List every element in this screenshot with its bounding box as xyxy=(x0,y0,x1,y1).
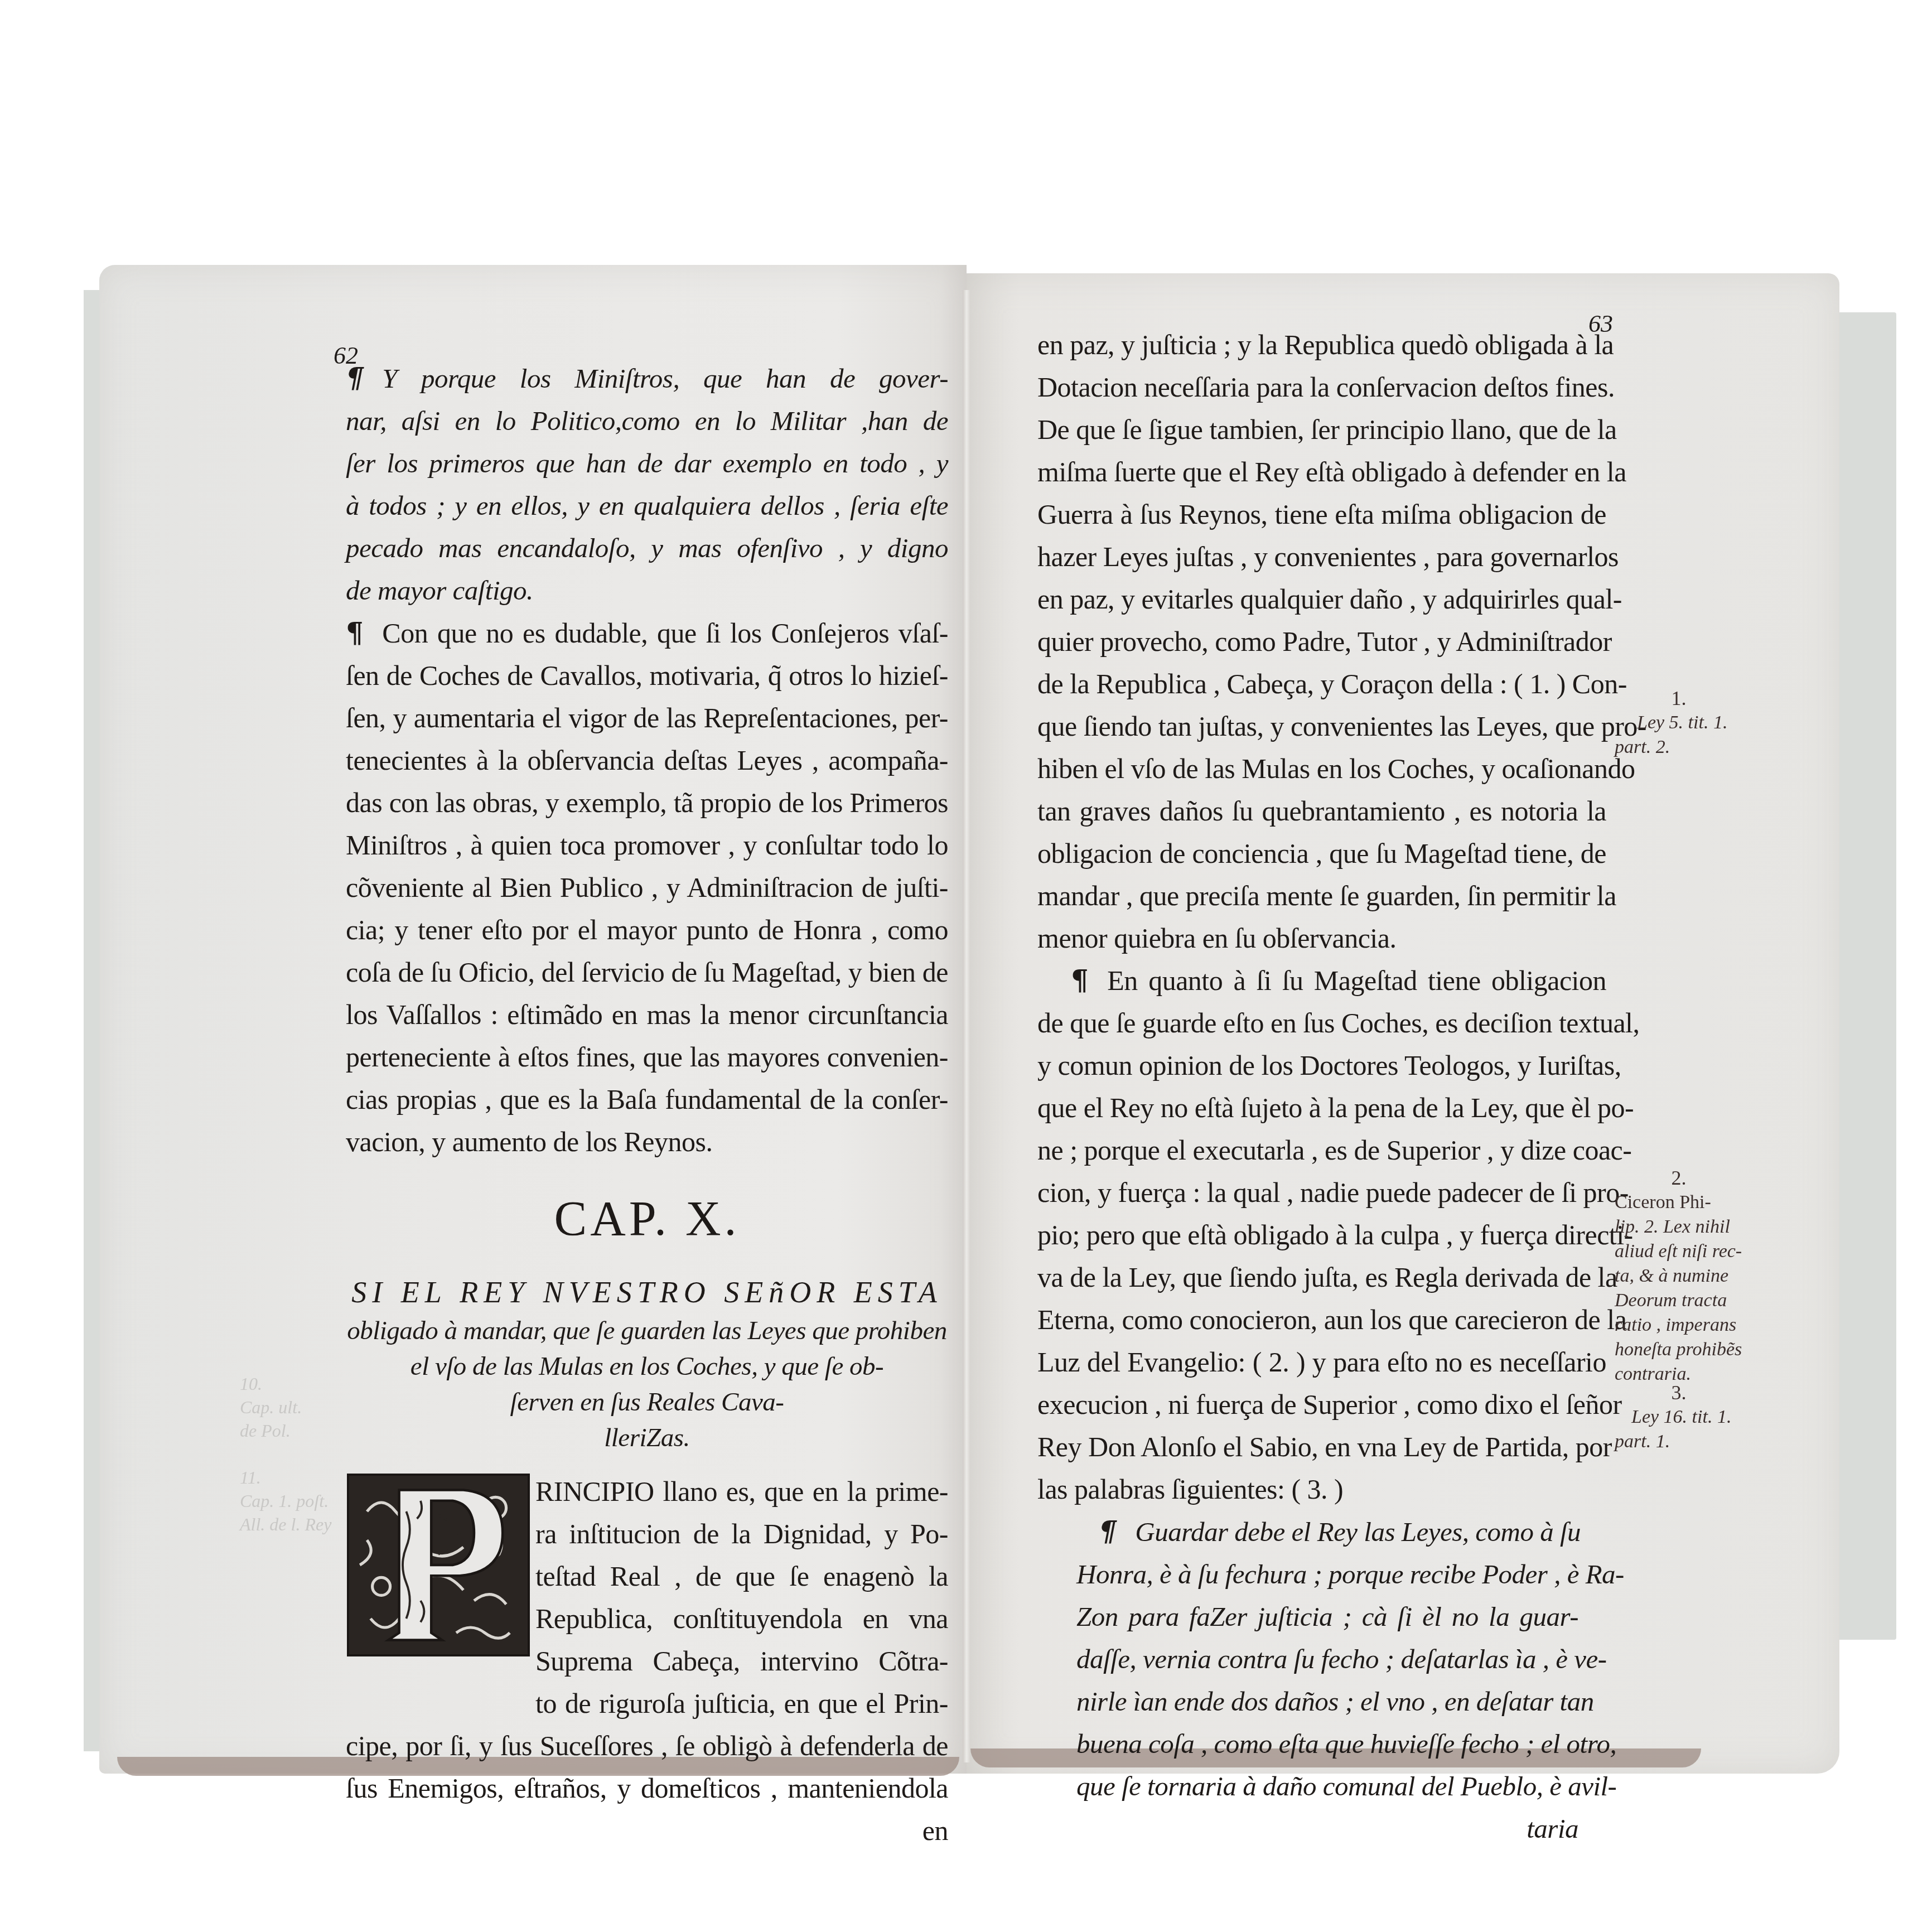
book-gutter xyxy=(963,290,970,1762)
margin-note-2: 2. Ciceron Phi- lip. 2. Lex nihil aliud … xyxy=(1615,1166,1743,1387)
pilcrow-icon: ¶ xyxy=(1071,964,1088,997)
chapter-title: SI EL REY NVESTRO SEñOR ESTA obligado à … xyxy=(346,1272,948,1456)
quotation-partida: ¶Guardar debe el Rey las Leyes, como à ſ… xyxy=(1037,1510,1578,1850)
catchword-left: en xyxy=(346,1809,948,1852)
pilcrow-icon: ¶ xyxy=(346,616,363,649)
principio-paragraph: RINCIPIO llano es, que en la prime- ra i… xyxy=(346,1470,948,1704)
margin-note-1: 1. Ley 5. tit. 1. part. 2. xyxy=(1615,686,1743,760)
chapter-heading: CAP. X. xyxy=(346,1191,948,1247)
show-through-text: 10.Cap. ult.de Pol.11.Cap. 1. poſt.All. … xyxy=(240,1372,331,1536)
paragraph-ministros: ¶Y porque los Miniſtros, que han de gove… xyxy=(346,357,948,612)
paragraph-dotacion: en paz, y juſticia ; y la Republica qued… xyxy=(1037,323,1606,959)
pilcrow-icon: ¶ xyxy=(1099,1515,1116,1548)
principio-continuation: cipe, por ſi, y ſus Suceſſores , ſe obli… xyxy=(346,1725,948,1852)
margin-note-3: 3. Ley 16. tit. 1. part. 1. xyxy=(1615,1380,1743,1454)
pilcrow-icon: ¶ xyxy=(346,361,363,394)
paragraph-consejeros: ¶Con que no es dudable, que ſi los Conſe… xyxy=(346,612,948,1163)
decorated-initial-p-icon xyxy=(347,1474,530,1656)
right-page-text: en paz, y juſticia ; y la Republica qued… xyxy=(1037,323,1606,1850)
catchword-right: taria xyxy=(1076,1808,1578,1850)
left-page-text: ¶Y porque los Miniſtros, que han de gove… xyxy=(346,357,948,1852)
book-cover-right xyxy=(1835,312,1896,1640)
paragraph-en-quanto: ¶En quanto à ſi ſu Mageſtad tiene obliga… xyxy=(1037,959,1606,1510)
